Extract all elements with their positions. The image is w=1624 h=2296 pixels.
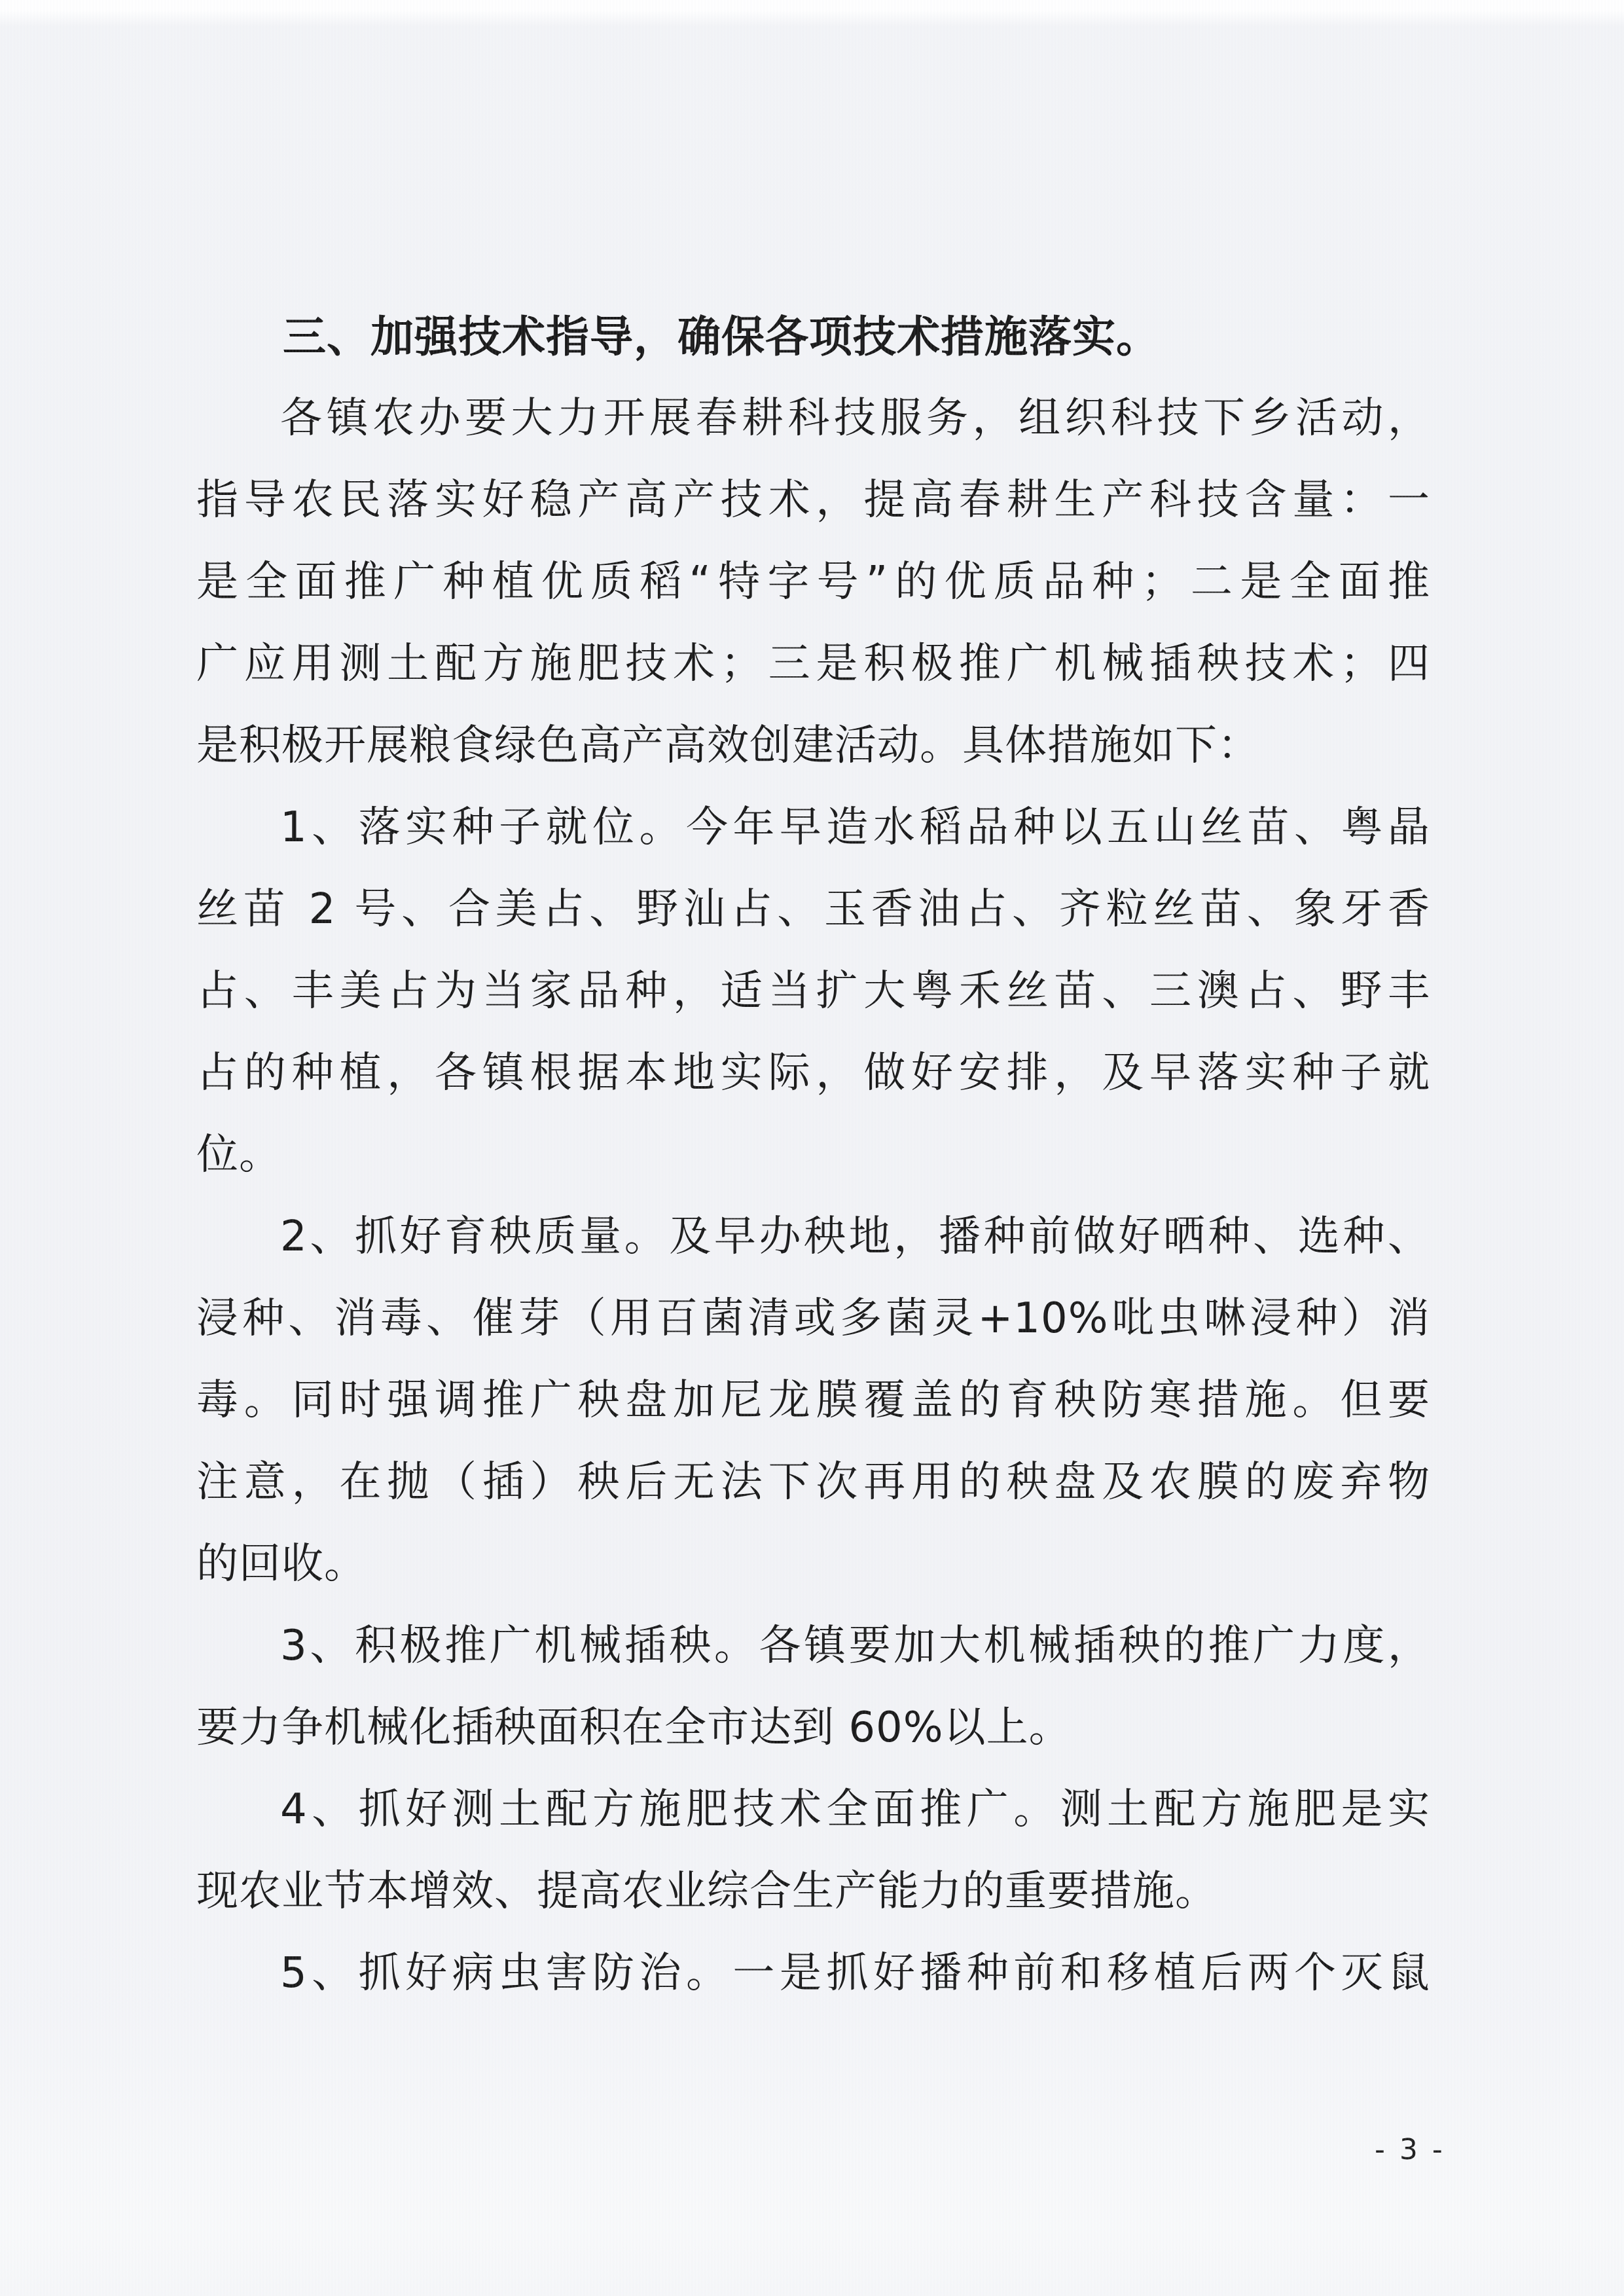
text-line: 1、落实种子就位。今年早造水稻品种以五山丝苗、粤晶: [196, 787, 1430, 869]
section-heading: 三、加强技术指导，确保各项技术措施落实。: [196, 296, 1430, 378]
text-line: 各镇农办要大力开展春耕科技服务，组织科技下乡活动，: [196, 378, 1430, 460]
text-line: 丝苗 2 号、合美占、野汕占、玉香油占、齐粒丝苗、象牙香: [196, 869, 1430, 951]
text-line: 注意，在抛（插）秧后无法下次再用的秧盘及农膜的废弃物: [196, 1442, 1430, 1523]
text-line: 浸种、消毒、催芽（用百菌清或多菌灵+10%吡虫啉浸种）消: [196, 1278, 1430, 1360]
text-line: 是积极开展粮食绿色高产高效创建活动。具体措施如下：: [196, 705, 1430, 787]
text-line: 占的种植，各镇根据本地实际，做好安排，及早落实种子就: [196, 1032, 1430, 1114]
text-line: 是全面推广种植优质稻“特字号”的优质品种；二是全面推: [196, 541, 1430, 623]
text-line: 现农业节本增效、提高农业综合生产能力的重要措施。: [196, 1851, 1430, 1933]
text-line: 2、抓好育秧质量。及早办秧地，播种前做好晒种、选种、: [196, 1196, 1430, 1278]
text-line: 占、丰美占为当家品种，适当扩大粤禾丝苗、三澳占、野丰: [196, 951, 1430, 1032]
text-line: 3、积极推广机械插秧。各镇要加大机械插秧的推广力度，: [196, 1605, 1430, 1687]
text-line: 的回收。: [196, 1523, 1430, 1605]
page-number: - 3 -: [1375, 2133, 1445, 2166]
text-line: 指导农民落实好稳产高产技术，提高春耕生产科技含量：一: [196, 460, 1430, 541]
document-page: 三、加强技术指导，确保各项技术措施落实。 各镇农办要大力开展春耕科技服务，组织科…: [0, 0, 1624, 2296]
text-line: 4、抓好测土配方施肥技术全面推广。测土配方施肥是实: [196, 1769, 1430, 1851]
text-line: 广应用测土配方施肥技术；三是积极推广机械插秧技术；四: [196, 623, 1430, 705]
text-line: 5、抓好病虫害防治。一是抓好播种前和移植后两个灭鼠: [196, 1933, 1430, 2014]
text-line: 位。: [196, 1114, 1430, 1196]
document-body: 三、加强技术指导，确保各项技术措施落实。 各镇农办要大力开展春耕科技服务，组织科…: [196, 296, 1430, 2014]
text-line: 毒。同时强调推广秧盘加尼龙膜覆盖的育秧防寒措施。但要: [196, 1360, 1430, 1442]
text-line: 要力争机械化插秧面积在全市达到 60%以上。: [196, 1687, 1430, 1769]
